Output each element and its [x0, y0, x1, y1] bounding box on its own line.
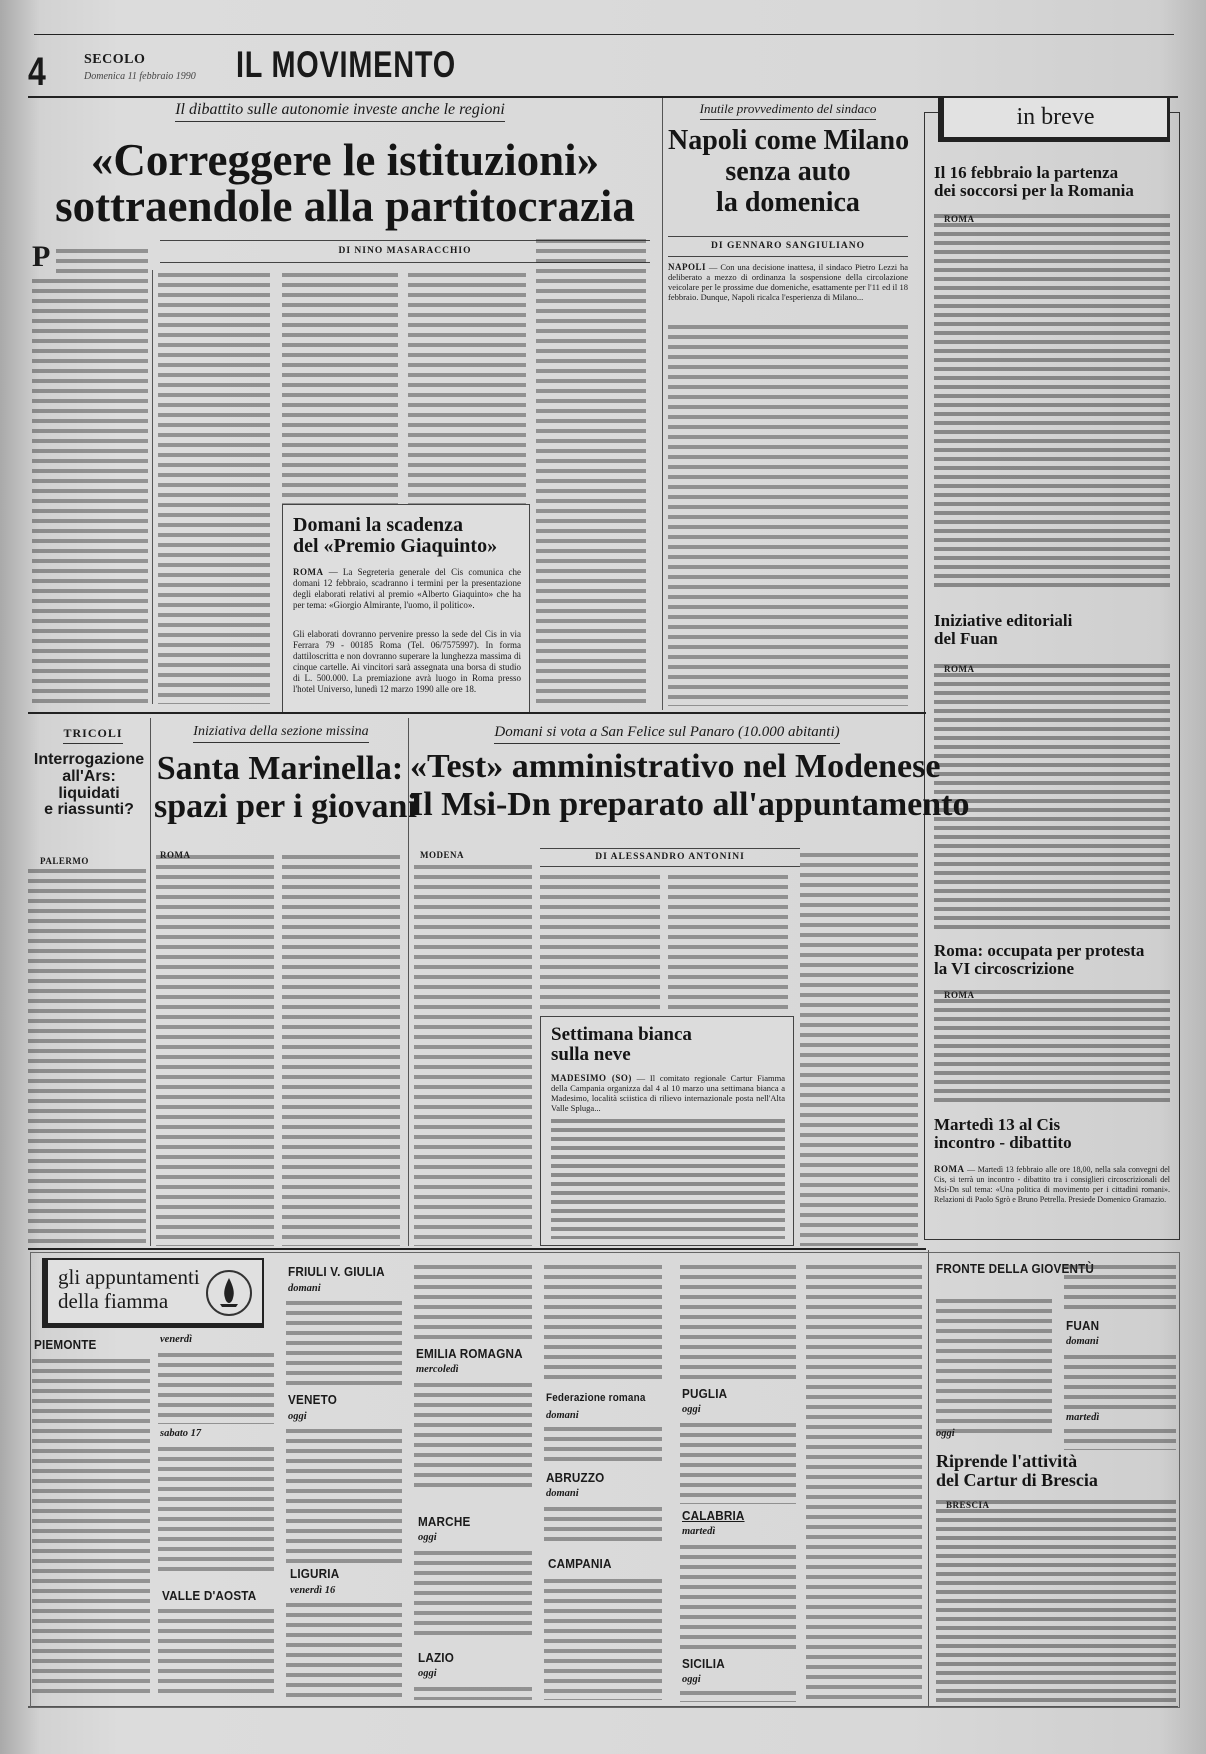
- appuntamenti-frame: [30, 1252, 1180, 1708]
- body-text: [158, 270, 270, 704]
- kicker: Iniziativa della sezione missina: [156, 724, 406, 743]
- kicker: Il dibattito sulle autonomie investe anc…: [150, 101, 530, 122]
- body-text: [536, 236, 646, 706]
- headline-romania: Il 16 febbraio la partenza dei soccorsi …: [934, 164, 1170, 200]
- paper-name: SECOLO: [84, 52, 145, 68]
- kicker: Domani si vota a San Felice sul Panaro (…: [414, 724, 920, 744]
- kicker: TRICOLI: [38, 726, 148, 744]
- premio-giaquinto-box: Domani la scadenza del «Premio Giaquinto…: [282, 504, 530, 714]
- body-text: [32, 276, 148, 704]
- body-text: [668, 872, 788, 1012]
- headline-cis: Martedì 13 al Cis incontro - dibattito: [934, 1116, 1170, 1152]
- headline-marinella: Santa Marinella: spazi per i giovani: [154, 750, 406, 826]
- body-text: [282, 270, 398, 506]
- in-breve-title: in breve: [938, 96, 1170, 142]
- headline-napoli: Napoli come Milano senza auto la domenic…: [668, 126, 908, 218]
- body-text: [56, 246, 148, 274]
- page-number: 4: [28, 50, 46, 95]
- newspaper-page: 4 SECOLO Domenica 11 febbraio 1990 IL MO…: [0, 0, 1206, 1754]
- dropcap: P: [32, 244, 50, 270]
- byline: di ALESSANDRO ANTONINI: [540, 852, 800, 862]
- byline: di GENNARO SANGIULIANO: [668, 241, 908, 251]
- body-text: [551, 1117, 785, 1239]
- body-text: [934, 212, 1170, 588]
- body-text: [28, 866, 146, 1246]
- headline-circoscrizione: Roma: occupata per protesta la VI circos…: [934, 942, 1170, 978]
- headline-istituzioni: «Correggere le istituzioni» sottraendole…: [40, 138, 650, 230]
- settimana-bianca-box: Settimana bianca sulla neve MADESIMO (SO…: [540, 1016, 794, 1246]
- body-text: [540, 872, 660, 1012]
- top-rule: [34, 34, 1174, 35]
- headline-modenese: «Test» amministrativo nel Modenese Il Ms…: [410, 748, 922, 824]
- body-text: [414, 862, 532, 1246]
- body-text: [282, 852, 400, 1246]
- headline-giaquinto: Domani la scadenza del «Premio Giaquinto…: [293, 515, 497, 557]
- body-text: [156, 852, 274, 1246]
- headline-tricoli: Interrogazione all'Ars: liquidati e rias…: [30, 752, 148, 819]
- body-text: [934, 988, 1170, 1106]
- body-text: [800, 850, 918, 1246]
- issue-date: Domenica 11 febbraio 1990: [84, 71, 196, 82]
- body-text: [668, 322, 908, 706]
- kicker: Inutile provvedimento del sindaco: [668, 101, 908, 120]
- section-title: IL MOVIMENTO: [236, 44, 456, 86]
- headline-settimana-bianca: Settimana bianca sulla neve: [551, 1025, 692, 1065]
- body-text: [934, 662, 1170, 934]
- body-text: [408, 270, 526, 506]
- headline-fuan: Iniziative editoriali del Fuan: [934, 612, 1170, 648]
